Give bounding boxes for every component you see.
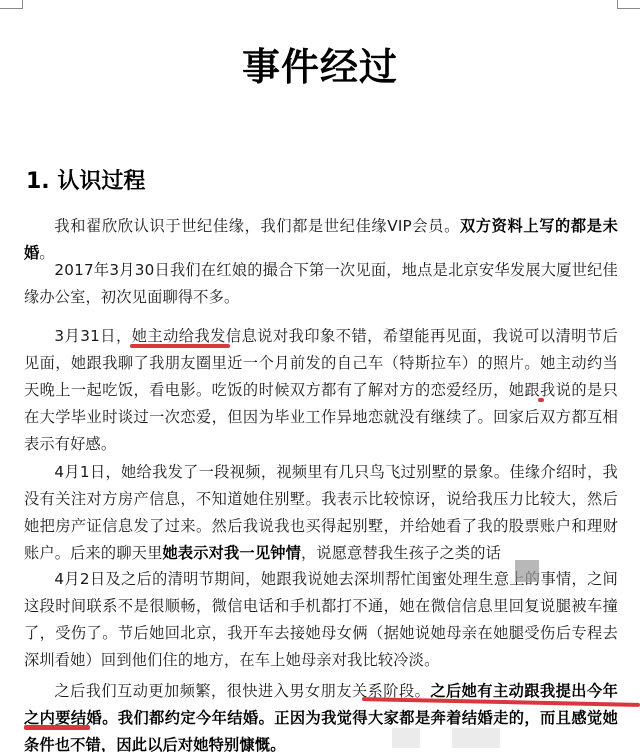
red-underlined-segment: 她主动给我发 bbox=[132, 327, 226, 345]
paragraph-5: 4月2日及之后的清明节期间，她跟我说她去深圳帮忙闺蜜处理生意上的事情，之间这段时… bbox=[24, 566, 618, 674]
red-annotation-stroke bbox=[24, 725, 90, 730]
text-segment: 2017年3月30日我们在红娘的撮合下第一次见面，地点是北京安华发展大厦世纪佳缘… bbox=[24, 261, 618, 306]
bold-text-segment: 她表示对我一见钟情 bbox=[163, 544, 302, 562]
blurred-patch bbox=[515, 560, 539, 582]
paragraph-2: 2017年3月30日我们在红娘的撮合下第一次见面，地点是北京安华发展大厦世纪佳缘… bbox=[24, 257, 618, 311]
page-corner-mark-left bbox=[0, 0, 23, 9]
page-corner-mark-right bbox=[617, 0, 640, 9]
text-segment: 上一起吃饭，看电影。吃饭的时候双方都有了解对方的恋爱经历，她跟我说的是只在大学毕… bbox=[24, 381, 618, 453]
paragraph-4: 4月1日，她给我发了一段视频，视频里有几只鸟飞过别墅的景象。佳缘介绍时，我没有关… bbox=[24, 459, 618, 567]
document-title: 事件经过 bbox=[0, 36, 640, 91]
section-heading: 1. 认识过程 bbox=[26, 164, 145, 195]
text-segment: 我和翟欣欣认识于世纪佳缘，我们都是世纪佳缘VIP会员。 bbox=[54, 217, 460, 235]
text-segment: 4月2日及之后的清明节期间，她跟我说她去深圳帮忙闺蜜处理生意上的事情，之间这段时… bbox=[24, 570, 618, 669]
text-segment: 3月31日， bbox=[54, 327, 131, 345]
blurred-patch bbox=[452, 728, 500, 748]
text-segment: ，说愿意替我生孩子之类的话 bbox=[301, 544, 501, 562]
paragraph-6: 之后我们互动更加频繁，很快进入男女朋友关系阶段。之后她有主动跟我提出今年之内要结… bbox=[24, 678, 618, 752]
blurred-patch bbox=[392, 728, 420, 748]
paragraph-3: 3月31日，她主动给我发信息说对我印象不错，希望能再见面，我说可以清明节后见面，… bbox=[24, 323, 618, 458]
